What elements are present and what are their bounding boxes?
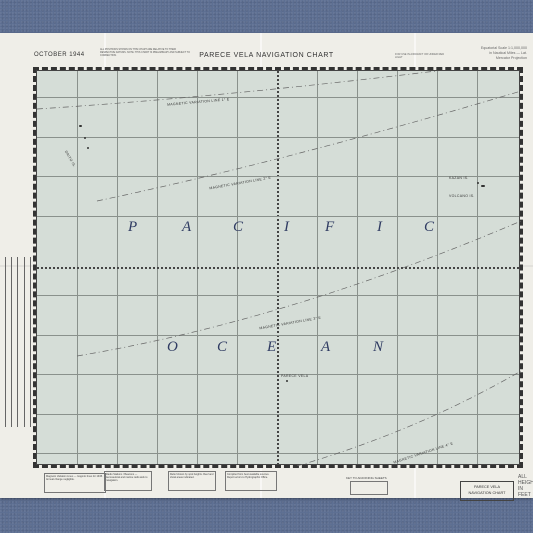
place-label-kazan: KAZAN IS. <box>449 176 469 180</box>
ocean-label-letter: C <box>424 219 434 236</box>
ocean-label-letter: E <box>267 339 276 356</box>
heights-note: ALL HEIGHTS IN FEET <box>518 474 533 498</box>
ocean-label-letter: O <box>167 339 178 356</box>
island-marker[interactable] <box>79 125 82 127</box>
island-marker[interactable] <box>84 137 86 139</box>
legend-box: Magnetic Variation Lines — Isogonic line… <box>44 473 106 493</box>
ocean-label-letter: F <box>325 219 334 236</box>
isogonic-lines <box>37 71 521 466</box>
ocean-label-letter: C <box>233 219 243 236</box>
adjoining-sheets-title: KEY TO ADJOINING SHEETS <box>346 476 387 480</box>
adjoining-sheets-diagram <box>350 481 388 495</box>
title-box-line: NAVIGATION CHART <box>461 490 513 496</box>
heights-line: FEET <box>518 492 533 498</box>
ocean-label-letter: I <box>377 219 382 236</box>
island-marker[interactable] <box>87 147 89 149</box>
ocean-label-letter: N <box>373 339 383 356</box>
island-marker[interactable] <box>481 185 485 187</box>
ocean-label-letter: A <box>182 219 191 236</box>
legend-box: Relief shown by spot heights. Reef and s… <box>168 471 216 491</box>
ocean-label-letter: I <box>284 219 289 236</box>
chart-title: PARECE VELA NAVIGATION CHART <box>0 52 533 59</box>
island-marker[interactable] <box>286 380 288 382</box>
legend-box: Compiled from best available sources. Re… <box>225 471 277 491</box>
projection-note: Equatorial Scale 1:1,000,000 in Nautical… <box>465 46 527 61</box>
place-label-volcano: VOLCANO IS. <box>449 194 475 198</box>
scale-table <box>2 257 32 427</box>
ocean-label-letter: A <box>321 339 330 356</box>
place-label-parece-vela: PARECE VELA <box>281 374 308 378</box>
title-box: PARECE VELA NAVIGATION CHART <box>460 481 514 501</box>
map-area[interactable]: MAGNETIC VARIATION LINE 1° E MAGNETIC VA… <box>36 70 520 465</box>
ocean-label-letter: C <box>217 339 227 356</box>
island-marker[interactable] <box>477 182 479 184</box>
chart-sheet: OCTOBER 1944 ALL POSITIONS SHOWN ON THIS… <box>0 33 533 498</box>
legend-box: Radio Stations / Beacons — Aeronautical … <box>104 471 152 491</box>
ocean-label-letter: P <box>128 219 137 236</box>
projection-line: Mercator Projection <box>465 56 527 61</box>
usage-note: FOR USE IN AIRCRAFT OR UNDER RED LIGHT <box>395 53 445 59</box>
